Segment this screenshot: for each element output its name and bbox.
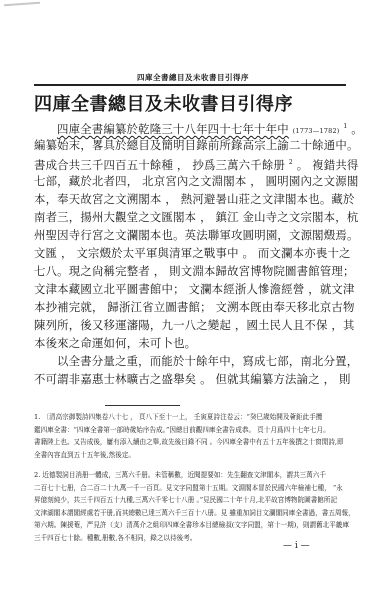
years-range: (1773—1782) [293, 127, 340, 135]
scan-artifact [4, 2, 40, 7]
body-line: 本，奉天故宮之文溯閣本 ， 熱河避暑山莊之文津閣本也。藏於 [34, 190, 350, 208]
body-line: 南者三，揚州大觀堂之文匯閣本 ， 鎮江 金山寺之文宗閣本，杭 [34, 208, 350, 226]
body-line: 本抄補完就， 歸浙江省立圖書館； 文溯本旣由奉天移北京古物 [34, 298, 350, 316]
footnote-line: 二百七十七册，合二百二十九萬一千一百頁。見文字同盟第十五期。文淵閣本冒於民國六年… [34, 482, 350, 495]
punct: 。 [351, 122, 363, 136]
page-number: — i — [283, 541, 310, 551]
body-line: 不可謂非嘉惠士林曠古之盛舉矣 。 但就其編纂方法論之 ， 則 [34, 370, 350, 388]
page-title: 四庫全書總目及未收書目引得序 [34, 90, 293, 116]
footnote-line: 文津湖閣本謂閣經處若干册,而其總數已達三萬六千三百十八册。見 雖重加詞目文瀾閣同… [34, 507, 350, 520]
body-text: 四庫全書編纂於乾隆三十八年四十七年十年中 (1773—1782) 1 。 編纂始… [34, 118, 350, 388]
body-line: 文津本藏國立北平圖書館中； 文瀾本經浙人慘澹經營 ，就文津 [34, 280, 350, 298]
header-rule [34, 84, 346, 86]
body-line-text: 書成合共三千四百五十餘種 ， 抄爲三萬六千餘册 [34, 158, 285, 172]
body-line: 七部，藏於北者四， 北京宮內之文淵閣本 ， 圓明園內之文源閣 [34, 172, 350, 190]
body-line: 文匯 ， 文宗燬於太平軍與清軍之戰事中 。 而文瀾本亦喪十之 [34, 244, 350, 262]
body-line: 陳列所，後又移運瀋陽，九一八之變起 ，國土民人且不保 ，其 [34, 316, 350, 334]
footnote-line: 1. 〔清高宗御製詩四集卷八十七 ， 頁八下至十一上， 壬寅夏詩注卷云：“癸巳歲… [34, 411, 350, 424]
footnote-line: 昇億刻純少，共三千四百五十九種,三萬六千零七十八册 。”見民國二十年十月,北平故… [34, 494, 350, 507]
footnote-line: 鑑四庫全書：“四庫全書第一部時歲始序告成。”因總目前觀四庫全書告成恭。 頁十月爲… [34, 424, 350, 437]
footnotes: 1. 〔清高宗御製詩四集卷八十七 ， 頁八下至十一上， 壬寅夏詩注卷云：“癸巳歲… [34, 411, 350, 544]
body-line-text: 四庫全書編纂於乾隆三十八年四十七年十年中 [57, 122, 289, 136]
running-head: 四庫全書總目及未收書目引得序 [0, 72, 386, 83]
footnote-1: 1. 〔清高宗御製詩四集卷八十七 ， 頁八下至十一上， 壬寅夏詩注卷云：“癸巳歲… [34, 411, 350, 461]
body-line: 編纂始末，畧具於總目及簡明目錄前所錄高宗上諭二十餘通中。 [34, 136, 350, 154]
body-line: 書成合共三千四百五十餘種 ， 抄爲三萬六千餘册 2 。 複錯共得 [34, 154, 350, 172]
footnote-ref-1[interactable]: 1 [343, 123, 347, 130]
body-line: 本後來之命運如何，未可卜也。 [34, 334, 350, 352]
body-line-tail: 。 複錯共得 [297, 158, 359, 172]
footnote-ref-2[interactable]: 2 [289, 159, 293, 166]
footnote-line: 書籍陸上也。又告成後，屢有添入續由之舉,故先後目錄不同 。今四庫全書中有五十五年… [34, 436, 350, 449]
footnote-2: 2. 近德製詞目消册一體成，三萬六千册。未管稱數，近聞提要如：先生翻查文津閣本，… [34, 469, 350, 544]
footnote-line: 第六期。陳援菴，严見許（支）清萬介之組印四庫全書珍本目總檢叔(文字同盟，第十一期… [34, 519, 350, 532]
body-line: 七八。現之尙稱完整者 ， 則文淵本歸故宮博物院圖書館管理； [34, 262, 350, 280]
footnote-rule [105, 405, 180, 406]
body-line: 以全書分量之重，而能於十餘年中，寫成七部，南北分置， [34, 352, 350, 370]
body-line: 州聖因寺行宮之文瀾閣本也。英法聯軍攻圓明園，文源閣燬焉。 [34, 226, 350, 244]
footnote-line: 2. 近德製詞目消册一體成，三萬六千册。未管稱數，近聞提要如：先生翻查文津閣本，… [34, 469, 350, 482]
footnote-line: 全書內容直到五十五年後,然後定。 [34, 449, 350, 462]
body-line: 四庫全書編纂於乾隆三十八年四十七年十年中 (1773—1782) 1 。 [34, 118, 350, 136]
